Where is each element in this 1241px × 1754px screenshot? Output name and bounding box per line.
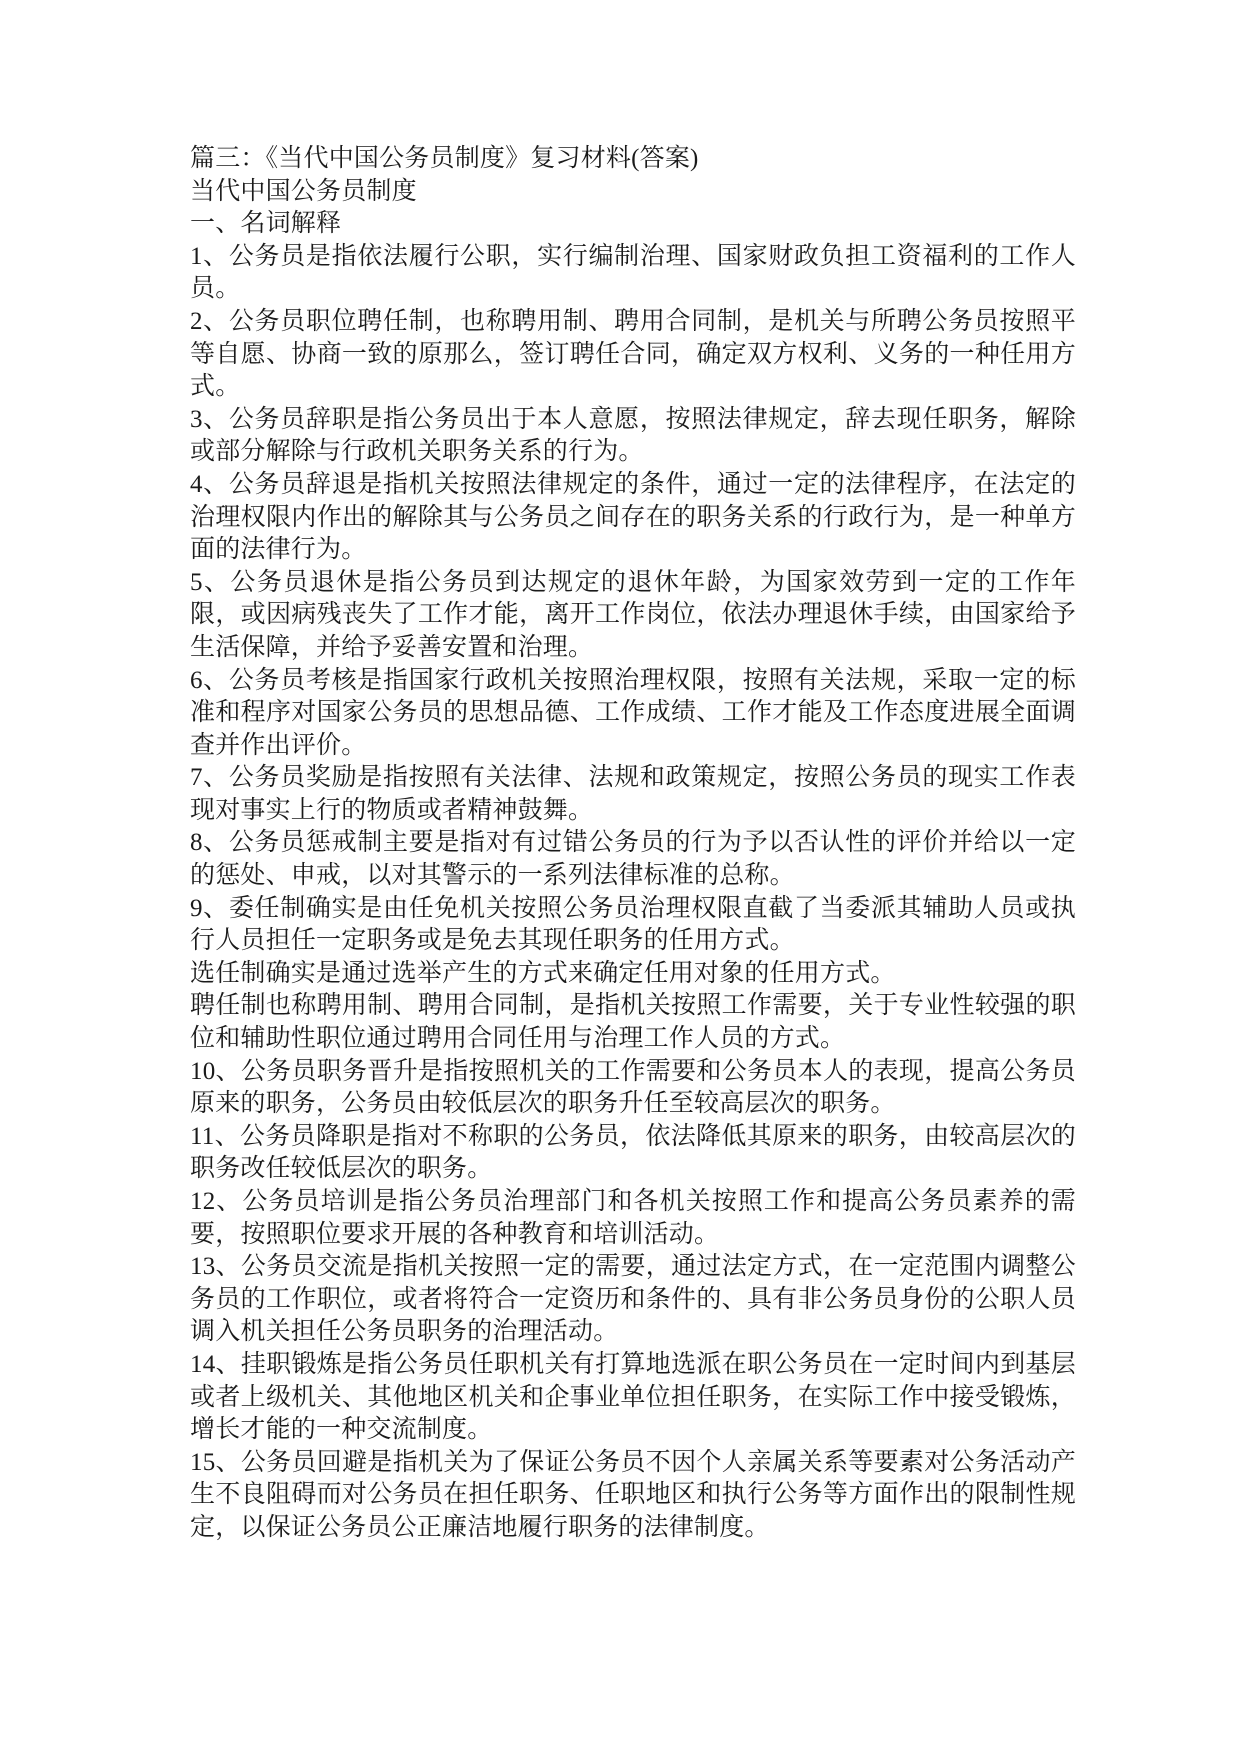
definition-item-11: 11、公务员降职是指对不称职的公务员，依法降低其原来的职务，由较高层次的职务改任… — [190, 1121, 1076, 1186]
definition-item-8: 8、公务员惩戒制主要是指对有过错公务员的行为予以否认性的评价并给以一定的惩处、申… — [190, 827, 1076, 892]
definition-item-1: 1、公务员是指依法履行公职，实行编制治理、国家财政负担工资福利的工作人员。 — [190, 241, 1076, 306]
document-body: 篇三：《当代中国公务员制度》复习材料(答案) 当代中国公务员制度 一、名词解释 … — [190, 143, 1076, 1545]
definition-item-14: 14、挂职锻炼是指公务员任职机关有打算地选派在职公务员在一定时间内到基层或者上级… — [190, 1349, 1076, 1447]
definition-item-15: 15、公务员回避是指机关为了保证公务员不因个人亲属关系等要素对公务活动产生不良阻… — [190, 1447, 1076, 1545]
definition-item-12: 12、公务员培训是指公务员治理部门和各机关按照工作和提高公务员素养的需要，按照职… — [190, 1186, 1076, 1251]
definition-item-6: 6、公务员考核是指国家行政机关按照治理权限，按照有关法规，采取一定的标准和程序对… — [190, 665, 1076, 763]
definition-item-10: 10、公务员职务晋升是指按照机关的工作需要和公务员本人的表现，提高公务员原来的职… — [190, 1056, 1076, 1121]
document-title: 篇三：《当代中国公务员制度》复习材料(答案) — [190, 143, 1076, 176]
document-subtitle: 当代中国公务员制度 — [190, 176, 1076, 209]
engagement-system-note: 聘任制也称聘用制、聘用合同制，是指机关按照工作需要，关于专业性较强的职位和辅助性… — [190, 990, 1076, 1055]
section-heading: 一、名词解释 — [190, 208, 1076, 241]
definition-item-3: 3、公务员辞职是指公务员出于本人意愿，按照法律规定，辞去现任职务，解除或部分解除… — [190, 404, 1076, 469]
definition-item-5: 5、公务员退休是指公务员到达规定的退休年龄，为国家效劳到一定的工作年限，或因病残… — [190, 567, 1076, 665]
definition-item-2: 2、公务员职位聘任制，也称聘用制、聘用合同制，是机关与所聘公务员按照平等自愿、协… — [190, 306, 1076, 404]
definition-item-9: 9、委任制确实是由任免机关按照公务员治理权限直截了当委派其辅助人员或执行人员担任… — [190, 893, 1076, 958]
selection-system-note: 选任制确实是通过选举产生的方式来确定任用对象的任用方式。 — [190, 958, 1076, 991]
definition-item-4: 4、公务员辞退是指机关按照法律规定的条件，通过一定的法律程序，在法定的治理权限内… — [190, 469, 1076, 567]
definition-item-7: 7、公务员奖励是指按照有关法律、法规和政策规定，按照公务员的现实工作表现对事实上… — [190, 762, 1076, 827]
definition-item-13: 13、公务员交流是指机关按照一定的需要，通过法定方式，在一定范围内调整公务员的工… — [190, 1251, 1076, 1349]
